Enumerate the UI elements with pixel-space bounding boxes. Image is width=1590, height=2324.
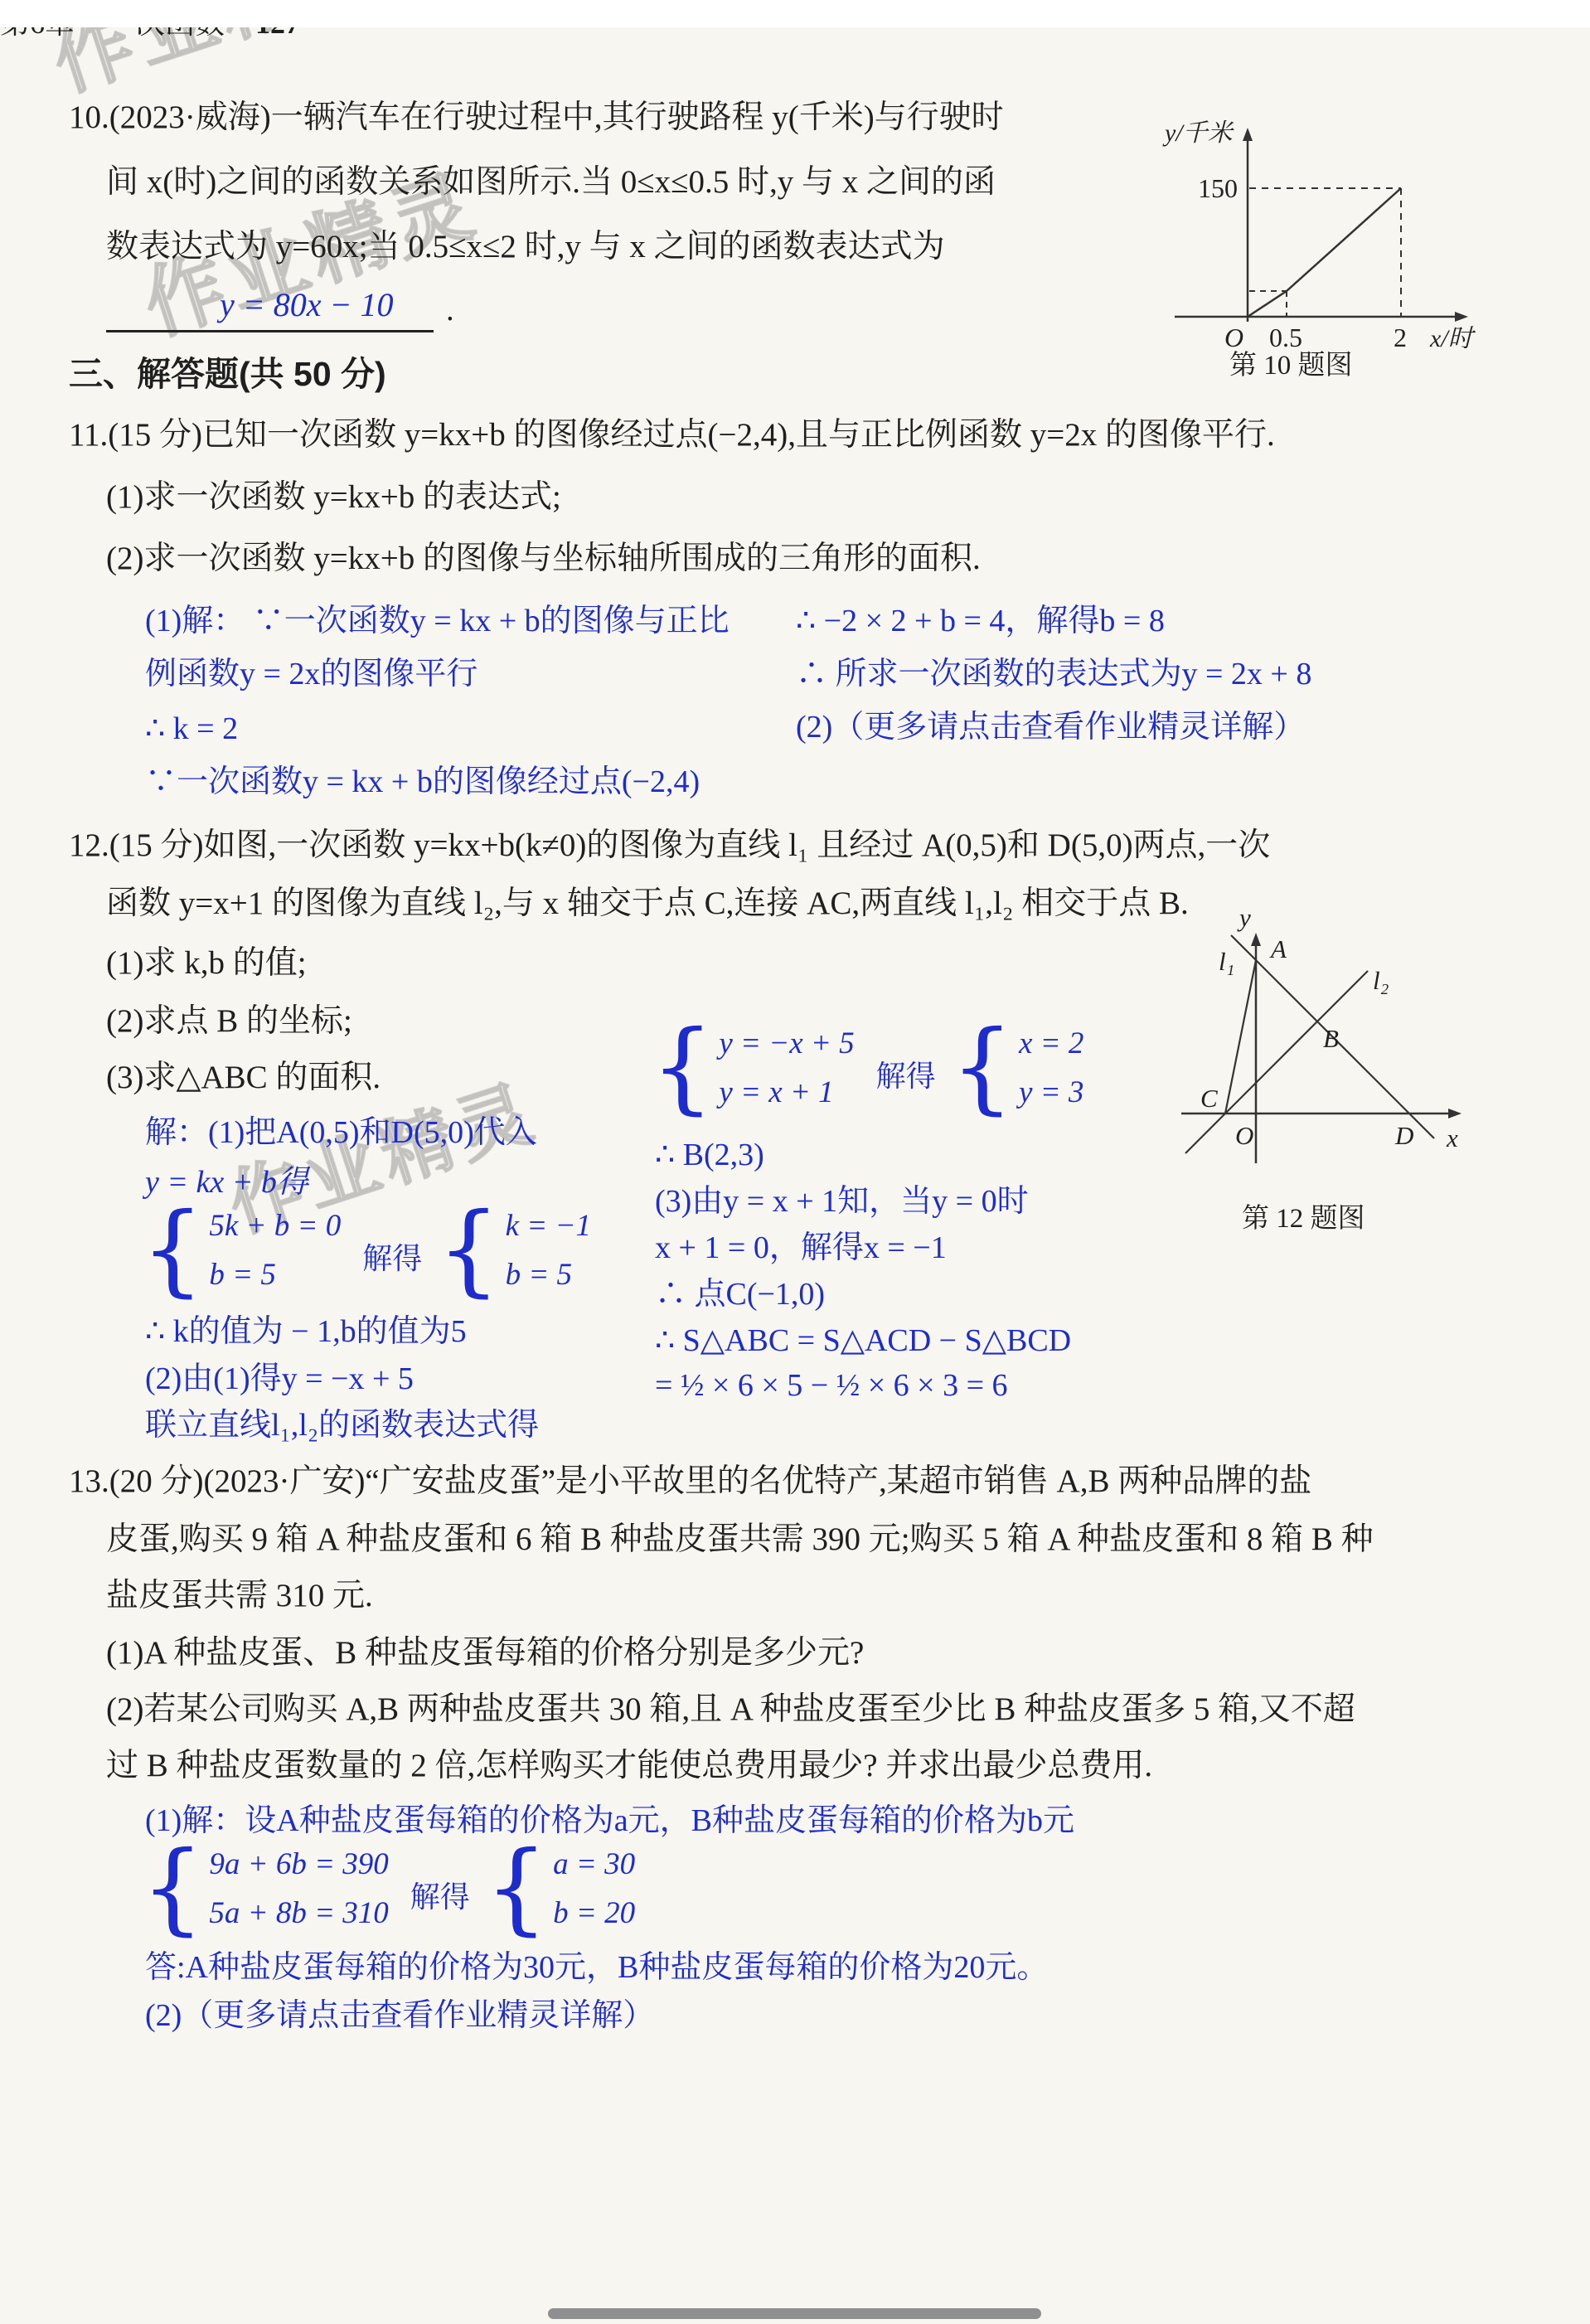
q13-sys-sol1: a = 30 — [553, 1846, 635, 1882]
q10-distance-line — [1248, 188, 1401, 317]
q12-label-l1: l₁ — [1219, 947, 1234, 976]
q12-label-A: A — [1269, 934, 1287, 963]
q11-item-1: (1)求一次函数 y=kx+b 的表达式; — [106, 479, 561, 517]
q10-tick-150: 150 — [1198, 173, 1238, 203]
q12-x-arrow-icon — [1448, 1109, 1462, 1118]
q11-line-1: 11.(15 分)已知一次函数 y=kx+b 的图像经过点(−2,4),且与正比… — [69, 417, 1275, 454]
q12-sol-mid-1: ∴ B(2,3) — [655, 1138, 764, 1174]
q12-sys1-solve-label: 解得 — [362, 1235, 422, 1278]
q12-line-1: 12.(15 分)如图,一次函数 y=kx+b(k≠0)的图像为直线 l₁ 且经… — [69, 827, 1270, 865]
q13-line-3: 盐皮蛋共需 310 元. — [106, 1578, 373, 1615]
q13-line-1: 13.(20 分)(2023·广安)“广安盐皮蛋”是小平故里的名优特产,某超市销… — [69, 1463, 1311, 1501]
q12-segment-AC — [1225, 960, 1256, 1113]
q10-line-2: 间 x(时)之间的函数关系如图所示.当 0≤x≤0.5 时,y 与 x 之间的函 — [106, 164, 996, 201]
q12-label-C: C — [1200, 1084, 1218, 1113]
q11-solution-right-1: ∴ −2 × 2 + b = 4，解得b = 8 — [796, 604, 1165, 640]
brace-icon: { — [141, 1201, 204, 1300]
q13-item-1: (1)A 种盐皮蛋、B 种盐皮蛋每箱的价格分别是多少元? — [106, 1635, 864, 1672]
q13-equation-system: { 9a + 6b = 390 5a + 8b = 310 解得 { a = 3… — [141, 1839, 635, 1938]
q13-line-2: 皮蛋,购买 9 箱 A 种盐皮蛋和 6 箱 B 种盐皮蛋共需 390 元;购买 … — [106, 1521, 1374, 1559]
q12-y-arrow-icon — [1251, 933, 1261, 946]
home-indicator[interactable] — [548, 2308, 1041, 2319]
q13-sys-solve-label: 解得 — [410, 1874, 470, 1916]
q12-sol-mid-3: x + 1 = 0，解得x = −1 — [655, 1230, 947, 1267]
q12-sol-mid-5: ∴ S△ABC = S△ACD − S△BCD — [655, 1323, 1071, 1360]
brace-icon: { — [141, 1839, 204, 1938]
q10-figure: y/千米 150 O 0.5 2 x/时 — [1148, 58, 1488, 348]
q12-sys2-sol1: x = 2 — [1019, 1026, 1083, 1061]
q10-figure-caption: 第 10 题图 — [1229, 351, 1353, 382]
q12-sol-left-1: 解：(1)把A(0,5)和D(5,0)代入 — [145, 1115, 537, 1152]
q13-item-2b: 过 B 种盐皮蛋数量的 2 倍,怎样购买才能使总费用最少? 并求出最少总费用. — [106, 1748, 1152, 1785]
q12-line-2: 函数 y=x+1 的图像为直线 l₂,与 x 轴交于点 C,连接 AC,两直线 … — [106, 885, 1189, 923]
q11-more-link[interactable]: (2)（更多请点击查看作业精灵详解） — [796, 710, 1305, 746]
q12-sys2-eq2: y = x + 1 — [719, 1075, 854, 1110]
brace-icon: { — [485, 1839, 548, 1938]
q12-sys2-sol2: y = 3 — [1019, 1075, 1083, 1110]
q10-y-axis-label: y/千米 — [1162, 119, 1235, 147]
q12-sol-left-4: (2)由(1)得y = −x + 5 — [145, 1361, 414, 1398]
q12-sys2-solve-label: 解得 — [876, 1053, 936, 1095]
brace-icon: { — [651, 1018, 714, 1118]
q11-solution-left-2: 例函数y = 2x的图像平行 — [145, 657, 477, 693]
q11-solution-left-4: ∵一次函数y = kx + b的图像经过点(−2,4) — [145, 764, 700, 801]
q12-label-D: D — [1394, 1121, 1413, 1150]
q12-sol-mid-6: = ½ × 6 × 5 − ½ × 6 × 3 = 6 — [655, 1368, 1008, 1405]
workbook-page: 作业精灵 作业精灵 作业精灵 10.(2023·威海)一辆汽车在行驶过程中,其行… — [0, 0, 1590, 2324]
q12-sys2-eq1: y = −x + 5 — [719, 1026, 854, 1061]
q13-sys-eq2: 5a + 8b = 310 — [209, 1895, 388, 1931]
q12-sol-mid-4: ∴ 点C(−1,0) — [655, 1277, 825, 1313]
q12-origin-label: O — [1235, 1121, 1253, 1150]
q12-sys1-eq2: b = 5 — [209, 1257, 341, 1293]
q12-item-1: (1)求 k,b 的值; — [106, 945, 307, 982]
q13-solution-1: (1)解：设A种盐皮蛋每箱的价格为a元，B种盐皮蛋每箱的价格为b元 — [145, 1803, 1074, 1840]
section-3-title: 三、解答题(共 50 分) — [69, 355, 386, 394]
q13-item-2a: (2)若某公司购买 A,B 两种盐皮蛋共 30 箱,且 A 种盐皮蛋至少比 B … — [106, 1691, 1355, 1729]
q12-label-B: B — [1323, 1024, 1339, 1053]
q10-tick-05: 0.5 — [1269, 323, 1302, 348]
brace-icon: { — [951, 1018, 1014, 1118]
q12-line-l2 — [1185, 971, 1368, 1153]
q10-line-1: 10.(2023·威海)一辆汽车在行驶过程中,其行驶路程 y(千米)与行驶时 — [69, 99, 1004, 137]
q12-sol-mid-2: (3)由y = x + 1知，当y = 0时 — [655, 1184, 1029, 1220]
q10-line-3: 数表达式为 y=60x;当 0.5≤x≤2 时,y 与 x 之间的函数表达式为 — [106, 229, 945, 266]
q10-x-axis-label-text: x/时 — [1429, 325, 1476, 348]
q12-x-axis-label: x — [1446, 1123, 1458, 1152]
q11-solution-left-1: (1)解： ∵一次函数y = kx + b的图像与正比 — [145, 604, 730, 640]
q10-answer: y = 80x − 10 — [220, 286, 394, 324]
bottom-strip — [0, 0, 1590, 27]
q12-sys1-sol2: b = 5 — [506, 1257, 591, 1293]
q13-sys-eq1: 9a + 6b = 390 — [209, 1846, 388, 1882]
q10-origin-label: O — [1224, 323, 1243, 348]
q12-figure-caption: 第 12 题图 — [1242, 1204, 1365, 1235]
q12-sol-left-5: 联立直线l₁,l₂的函数表达式得 — [145, 1408, 539, 1444]
q13-answer-statement: 答:A种盐皮蛋每箱的价格为30元，B种盐皮蛋每箱的价格为20元。 — [145, 1950, 1048, 1987]
q10-answer-underline — [106, 330, 434, 332]
q13-more-link[interactable]: (2)（更多请点击查看作业精灵详解） — [145, 1998, 654, 2035]
q12-item-2: (2)求点 B 的坐标; — [106, 1003, 352, 1041]
brace-icon: { — [437, 1201, 500, 1300]
q10-y-arrow-icon — [1243, 128, 1253, 141]
q12-equation-system-2: { y = −x + 5 y = x + 1 解得 { x = 2 y = 3 — [651, 1018, 1083, 1118]
q12-equation-system-1: { 5k + b = 0 b = 5 解得 { k = −1 b = 5 — [141, 1201, 591, 1300]
q11-solution-right-2: ∴ 所求一次函数的表达式为y = 2x + 8 — [796, 657, 1311, 693]
q12-sys1-sol1: k = −1 — [506, 1208, 591, 1244]
q12-figure: y A l₁ l₂ B C O D x — [1161, 900, 1484, 1181]
q12-sys1-eq1: 5k + b = 0 — [209, 1208, 341, 1244]
q12-label-l2: l₂ — [1373, 966, 1389, 995]
q11-solution-left-3: ∴ k = 2 — [145, 711, 238, 748]
q12-item-3: (3)求△ABC 的面积. — [106, 1060, 381, 1097]
q10-answer-period: . — [446, 292, 454, 329]
q12-y-axis-label: y — [1237, 903, 1251, 932]
q11-item-2: (2)求一次函数 y=kx+b 的图像与坐标轴所围成的三角形的面积. — [106, 541, 981, 578]
q13-sys-sol2: b = 20 — [553, 1895, 635, 1931]
q10-tick-2: 2 — [1394, 323, 1407, 348]
q12-sol-left-3: ∴ k的值为 − 1,b的值为5 — [145, 1314, 467, 1351]
q10-x-arrow-icon — [1455, 312, 1468, 322]
